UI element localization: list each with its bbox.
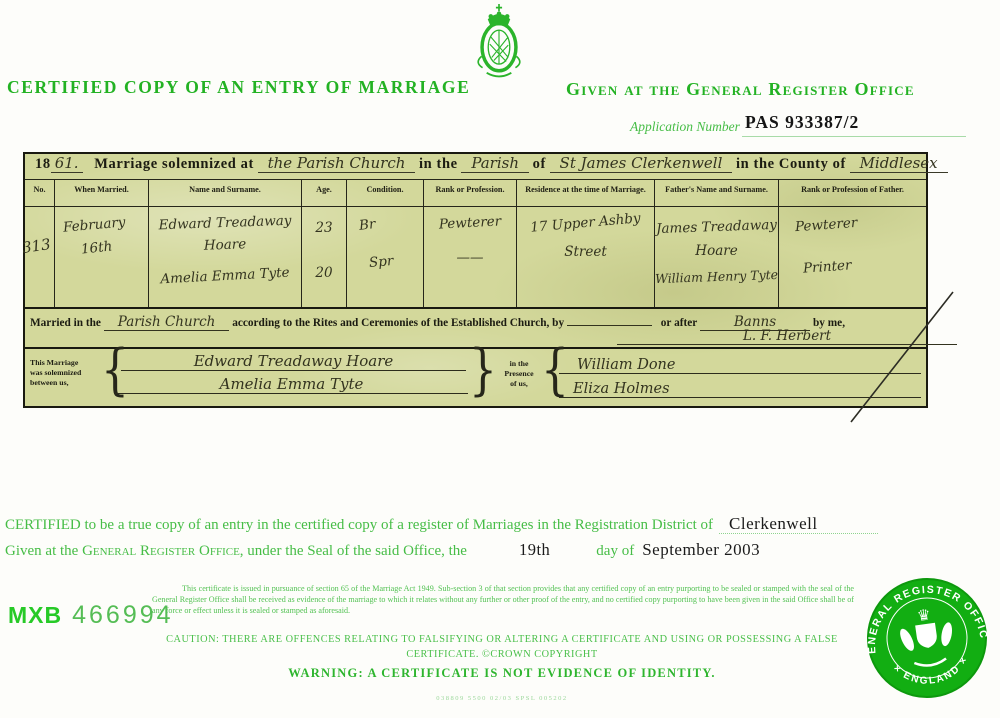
col-header-when-married: When Married. [55,180,149,206]
application-number-underline [742,136,966,137]
groom-rank: Pewterer [424,213,517,234]
bride-father-rank: Printer [803,257,852,276]
legal-notice-text: This certificate is issued in pursuance … [152,584,854,617]
when-married-day: 16th [80,238,113,257]
solemnized-between-label: This Marriage was solemnized between us, [30,358,102,388]
place-handwritten: the Parish Church [258,154,416,173]
when-married-month: February [62,214,126,235]
groom-father-rank: Pewterer [795,215,858,235]
in-the-label: in the [419,156,458,172]
application-number-value: PAS 933387/2 [745,112,859,133]
gro-seal: GENERAL REGISTER OFFICE × ENGLAND × ♛ [851,559,1000,716]
col-header-age: Age. [302,180,347,206]
bride-father-name: William Henry Tyte [655,267,778,286]
residence-line2: Street [517,244,654,260]
groom-father-line2: Hoare [655,243,778,259]
year-handwritten: 61. [51,154,83,173]
by-blank-line [567,314,652,326]
bride-age: 20 [302,265,346,281]
groom-name-line2: Hoare [149,234,301,255]
application-number-label: Application Number [630,119,740,135]
certified-statement-line2: Given at the General Register Office, un… [5,540,760,560]
certificate-serial: MXB466994 [8,601,174,630]
presence-of-us-label: in the Presence of us, [495,359,543,389]
print-code: 038809 5500 02/03 SPSL 005202 [150,695,854,702]
cell-father-rank: Pewterer Printer [779,207,926,307]
bride-rank: —— [424,250,516,266]
year-printed: 18 [35,156,51,172]
parish-handwritten: St James Clerkenwell [550,154,733,173]
groom-name-line1: Edward Treadaway [149,212,301,233]
bride-name: Amelia Emma Tyte [149,264,302,288]
bride-signature: Amelia Emma Tyte [115,375,468,394]
witness1-signature: William Done [559,357,921,374]
rites-label: according to the Rites and Ceremonies of… [232,317,564,329]
cell-father-name: James Treadaway Hoare William Henry Tyte [655,207,779,307]
married-place-handwritten: Parish Church [104,314,230,331]
issuing-office-title: Given at the General Register Office [566,79,915,100]
register-entry-row: 313 February 16th Edward Treadaway Hoare… [25,207,926,307]
col-header-name-surname: Name and Surname. [149,180,302,206]
district-handwritten: Parish [461,154,529,173]
cell-when-married: February 16th [55,207,149,307]
royal-crest-icon [466,3,532,79]
brace-close: } [469,339,497,403]
certificate-title: CERTIFIED COPY OF AN ENTRY OF MARRIAGE [7,77,470,98]
cell-name-surname: Edward Treadaway Hoare Amelia Emma Tyte [149,207,302,307]
issue-month-year-value: September 2003 [642,540,760,559]
groom-age: 23 [302,220,346,236]
cell-residence: 17 Upper Ashby Street [517,207,655,307]
solemnized-at-label: Marriage solemnized at [94,156,254,172]
gro-smallcaps-text: General Register Office [82,543,240,559]
registration-district-value: Clerkenwell [719,514,878,534]
cell-rank-profession: Pewterer —— [424,207,517,307]
gro-seal-icon: GENERAL REGISTER OFFICE × ENGLAND × ♛ [851,559,1000,716]
officiant-signature: L. F. Herbert [617,328,957,345]
marriage-certificate-page: CERTIFIED COPY OF AN ENTRY OF MARRIAGE G… [0,0,1000,718]
groom-condition: Br [358,216,376,234]
caution-text: CAUTION: THERE ARE OFFENCES RELATING TO … [150,633,854,663]
register-column-headers: No. When Married. Name and Surname. Age.… [25,180,926,207]
col-header-father-name: Father's Name and Surname. [655,180,779,206]
of-label: of [533,156,546,172]
warning-text: WARNING: A CERTIFICATE IS NOT EVIDENCE O… [150,666,854,681]
day-of-label: day of [596,543,634,559]
witness2-signature: Eliza Holmes [559,381,921,398]
col-header-rank-profession: Rank or Profession. [424,180,517,206]
residence-line1: 17 Upper Ashby [517,209,655,237]
cell-condition: Br Spr [347,207,424,307]
cell-no: 313 [25,207,55,307]
col-header-father-rank: Rank or Profession of Father. [779,180,926,206]
serial-prefix: MXB [8,602,62,628]
col-header-condition: Condition. [347,180,424,206]
attestation-row: This Marriage was solemnized between us,… [25,347,926,406]
issue-day-value: 19th [519,540,550,559]
seal-of-office-text: , under the Seal of the said Office, the [240,543,467,559]
certified-statement-line1: CERTIFIED to be a true copy of an entry … [5,514,878,534]
county-label: in the County of [736,156,846,172]
col-header-no: No. [25,180,55,206]
entry-no: 313 [21,235,52,257]
cell-age: 23 20 [302,207,347,307]
given-at-text: Given at the [5,543,82,559]
svg-text:♛: ♛ [916,605,932,625]
groom-signature: Edward Treadaway Hoare [121,352,466,371]
marriage-register-table: 1861. Marriage solemnized at the Parish … [23,152,928,408]
married-in-label: Married in the [30,317,101,329]
groom-father-line1: James Treadaway [655,217,778,237]
bride-condition: Spr [368,253,394,271]
register-title-row: 1861. Marriage solemnized at the Parish … [25,154,926,180]
col-header-residence: Residence at the time of Marriage. [517,180,655,206]
county-handwritten: Middlesex [850,154,948,173]
certified-text: CERTIFIED to be a true copy of an entry … [5,517,713,533]
